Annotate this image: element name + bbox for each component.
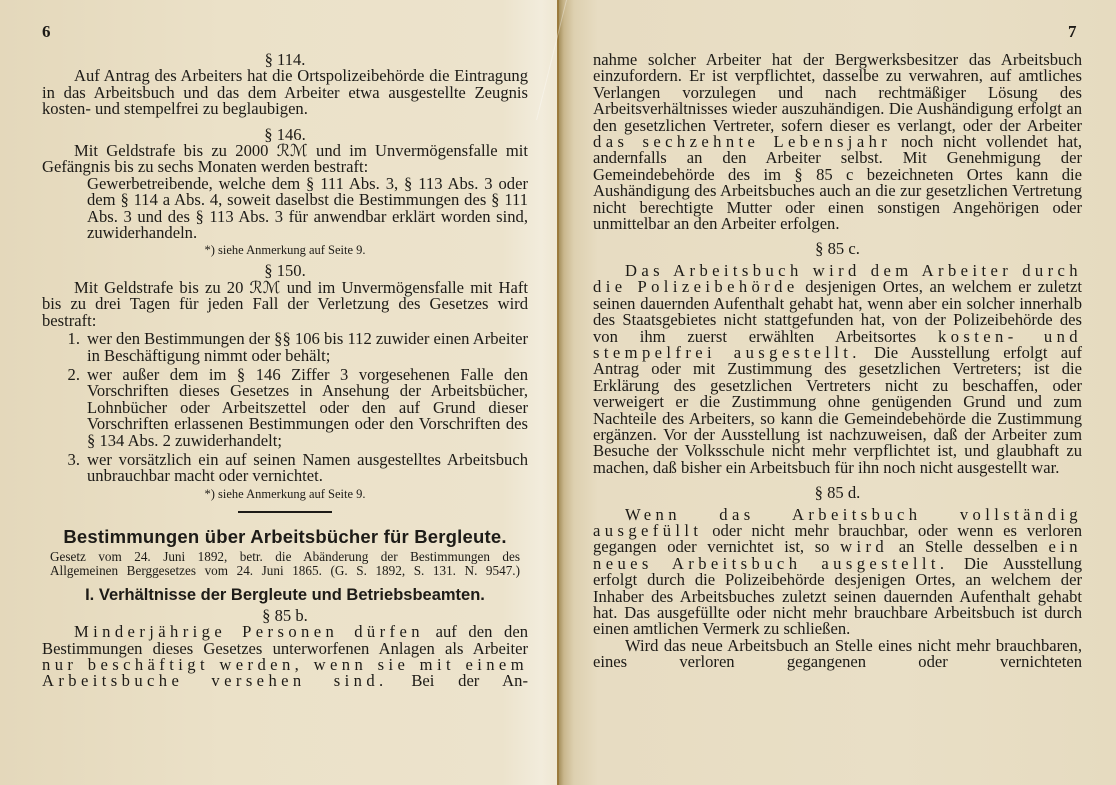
list-item: 2. wer außer dem im § 146 Ziffer 3 vorge… [42, 367, 528, 449]
right-text-column: nahme solcher Arbeiter hat der Bergwerks… [593, 52, 1082, 671]
chapter-title: Bestimmungen über Arbeitsbücher für Berg… [42, 526, 528, 548]
paragraph-85c: Das Arbeitsbuch wird dem Arbeiter durch … [593, 263, 1082, 476]
paragraph-85d-2: Wird das neue Arbeitsbuch an Stelle eine… [593, 638, 1082, 671]
divider-rule [238, 511, 332, 513]
section-heading-85c: § 85 c. [593, 241, 1082, 257]
list-item: 1. wer den Bestimmungen der §§ 106 bis 1… [42, 331, 528, 364]
paragraph-146-block: Gewerbetreibende, welche dem § 111 Abs. … [87, 176, 528, 242]
page-number-right: 7 [1068, 22, 1077, 42]
chapter-source-note: Gesetz vom 24. Juni 1892, betr. die Abän… [50, 550, 520, 578]
part-title: I. Verhältnisse der Bergleute und Betrie… [42, 585, 528, 605]
footnote-150: *) siehe Anmerkung auf Seite 9. [42, 487, 528, 501]
left-text-column: § 114. Auf Antrag des Arbeiters hat die … [42, 52, 528, 690]
section-heading-85d: § 85 d. [593, 485, 1082, 501]
page-number-left: 6 [42, 22, 51, 42]
paragraph-146: Mit Geldstrafe bis zu 2000 ℛℳ und im Unv… [42, 143, 528, 176]
paragraph-114: Auf Antrag des Arbeiters hat die Ortspol… [42, 68, 528, 117]
paragraph-85b-continued: nahme solcher Arbeiter hat der Bergwerks… [593, 52, 1082, 232]
paragraph-85b: Minderjährige Personen dürfen auf den de… [42, 624, 528, 690]
list-item: 3. wer vorsätzlich ein auf seinen Namen … [42, 452, 528, 485]
paragraph-85d: Wenn das Arbeitsbuch vollständig ausgefü… [593, 507, 1082, 638]
paragraph-150: Mit Geldstrafe bis zu 20 ℛℳ und im Unver… [42, 280, 528, 329]
footnote-146: *) siehe Anmerkung auf Seite 9. [42, 243, 528, 257]
